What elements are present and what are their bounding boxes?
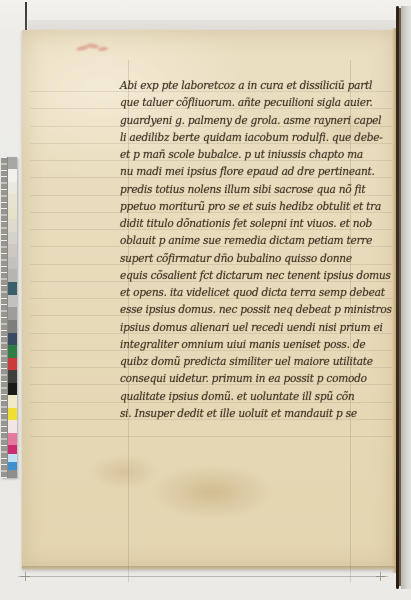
color-patch	[8, 194, 17, 207]
manuscript-line: li aedilibz berte quidam iacobum rodulfi…	[120, 129, 382, 147]
color-patches	[8, 157, 17, 478]
color-patch	[8, 470, 17, 479]
color-patch	[8, 182, 17, 195]
ruler-ticks	[1, 157, 8, 478]
gutter-backer	[401, 6, 411, 589]
manuscript-line: oblauit p anime sue remedia dictam petia…	[120, 233, 382, 251]
manuscript-line: ppetuo moriturũ pro se et suis hedibz ob…	[120, 198, 382, 216]
color-patch	[8, 445, 17, 454]
color-patch	[8, 462, 17, 470]
backing-sheet-cross-right	[376, 572, 385, 581]
manuscript-line: quibz domũ predicta similiter uel maiore…	[120, 354, 382, 372]
color-patch	[8, 420, 17, 433]
manuscript-line: predis totius nolens illum sibi sacrose …	[120, 181, 382, 199]
text-block: Abi exp pte laboretcoz a in cura et diss…	[120, 78, 382, 423]
manuscript-line: Abi exp pte laboretcoz a in cura et diss…	[120, 78, 382, 96]
manuscript-photograph: Abi exp pte laboretcoz a in cura et diss…	[0, 0, 411, 600]
color-patch	[8, 345, 17, 358]
manuscript-line: consequi uidetur. primum in ea possit p …	[120, 371, 382, 389]
backing-sheet-ruled-line	[18, 576, 388, 577]
manuscript-line: et opens. ita videlicet quod dicta terra…	[120, 285, 382, 303]
manuscript-line: supert cõfirmatur dño bubalino quisso do…	[120, 250, 382, 268]
color-patch	[8, 207, 17, 220]
manuscript-line: integraliter omnium uiui manis ueniset p…	[120, 336, 382, 354]
manuscript-line: guardyeni g. palmeny de grola. asme rayn…	[120, 112, 382, 130]
manuscript-line: didit titulo dõnationis fet solepni int …	[120, 216, 382, 234]
color-patch	[8, 383, 17, 395]
color-patch	[8, 433, 17, 445]
color-patch	[8, 157, 17, 169]
color-patch	[8, 257, 17, 270]
manuscript-line: esse ipsius domus. nec possit neq debeat…	[120, 302, 382, 320]
manuscript-line: ipsius domus alienari uel recedi uendi n…	[120, 319, 382, 337]
color-patch	[8, 282, 17, 295]
manuscript-line: que taluer cõfliuorum. añte pecuilioni s…	[120, 95, 382, 113]
color-calibration-strip	[1, 157, 17, 478]
color-patch	[8, 358, 17, 370]
color-patch	[8, 244, 17, 257]
manuscript-line: si. Insuper dedit et ille uoluit et mand…	[120, 405, 382, 423]
color-patch	[8, 395, 17, 408]
color-patch	[8, 295, 17, 307]
book-gutter	[392, 6, 411, 589]
color-patch	[8, 219, 17, 232]
color-patch	[8, 232, 17, 245]
color-patch	[8, 320, 17, 333]
color-patch	[8, 333, 17, 345]
color-patch	[8, 269, 17, 282]
manuscript-line: et p mañ scole bubalce. p ut iniussis ch…	[120, 147, 382, 165]
backing-sheet-cross-left	[21, 572, 30, 581]
manuscript-line: equis cõsalient fct dictarum nec tenent …	[120, 267, 382, 285]
color-patch	[8, 307, 17, 320]
page-bottom-edge-shadow	[22, 566, 396, 570]
color-patch	[8, 169, 17, 182]
color-patch	[8, 454, 17, 462]
color-patch	[8, 370, 17, 383]
manuscript-line: nu madi mei ipsius flore epaud ad dre pe…	[120, 164, 382, 182]
manuscript-line: qualitate ipsius domũ. et uoluntate ill …	[120, 388, 382, 406]
faded-red-ink-mark	[74, 40, 110, 56]
parchment-page: Abi exp pte laboretcoz a in cura et diss…	[22, 30, 396, 569]
color-patch	[8, 408, 17, 420]
